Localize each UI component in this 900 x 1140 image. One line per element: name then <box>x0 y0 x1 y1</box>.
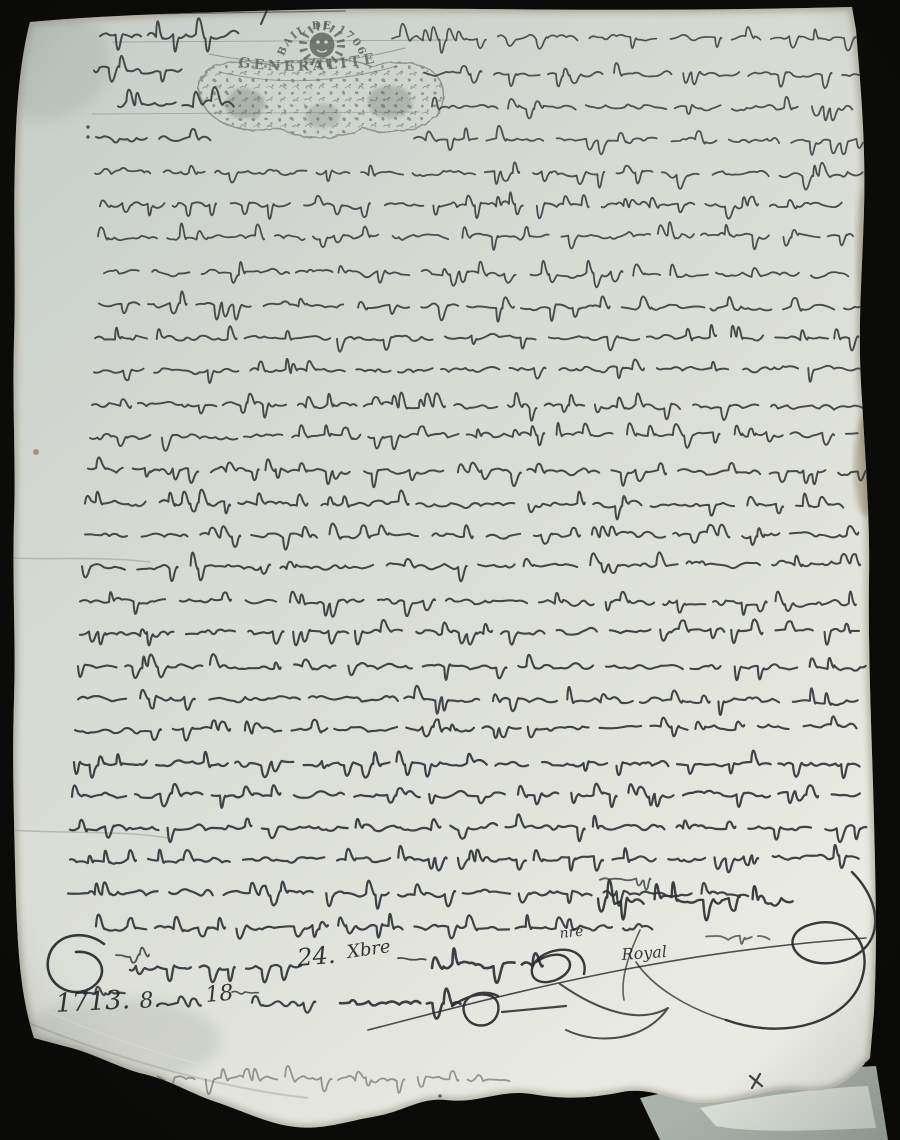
vignette-overlay <box>0 0 900 1140</box>
manuscript-photo-canvas: BAIL DE 1706 GENERALITE <box>0 0 900 1140</box>
manuscript-photograph: BAIL DE 1706 GENERALITE <box>0 0 900 1140</box>
